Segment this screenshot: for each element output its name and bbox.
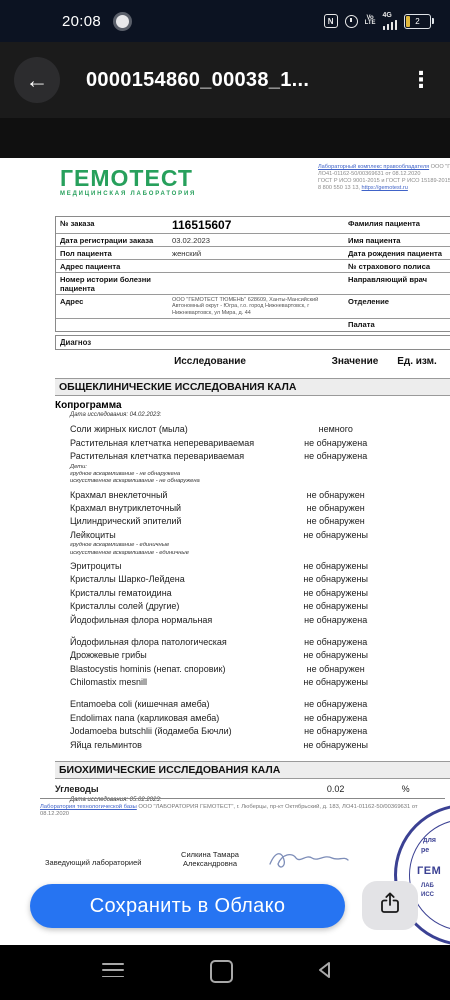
order-table-row: № заказа 116515607 Фамилия пациента Заха xyxy=(56,217,450,234)
result-row: Растительная клетчатка перевариваемая не… xyxy=(0,449,450,486)
result-row: Jodamoeba butschlii (йодамеба Бючли) не … xyxy=(0,725,450,738)
result-row: Кристаллы гематоидина не обнаружены xyxy=(0,586,450,599)
biochem-results-list: Углеводы 0.02 % xyxy=(0,782,450,795)
result-value: не обнаружена xyxy=(278,615,394,625)
result-name: Кристаллы Шарко-Лейдена xyxy=(70,574,278,584)
order-label-left: № заказа xyxy=(56,217,168,233)
result-name: Blastocystis hominis (непат. споровик) xyxy=(70,664,278,674)
battery-level: 2 xyxy=(415,17,419,26)
stamp-text-1: для xyxy=(423,837,436,844)
result-name: Эритроциты xyxy=(70,561,278,571)
network-type-label: 4G xyxy=(383,12,392,19)
order-label-right: Фамилия пациента xyxy=(344,217,450,233)
logo-subtitle: МЕДИЦИНСКАЯ ЛАБОРАТОРИЯ xyxy=(60,191,196,197)
document-title: 0000154860_00038_1... xyxy=(86,69,406,92)
result-row: Entamoeba coli (кишечная амеба) не обнар… xyxy=(0,698,450,711)
results-list: Соли жирных кислот (мыла) немного Растит… xyxy=(0,423,450,752)
order-label-left xyxy=(56,319,168,331)
order-label-right: Отделение xyxy=(344,295,450,318)
result-value: не обнаружена xyxy=(278,699,394,709)
stamp-text-3: ГЕМ xyxy=(417,865,441,877)
result-value: не обнаружена xyxy=(278,637,394,647)
result-value: не обнаружена xyxy=(278,726,394,736)
result-unit: % xyxy=(394,784,450,794)
order-label-left: Пол пациента xyxy=(56,247,168,259)
logo-text: ГЕМОТЕСТ xyxy=(60,166,196,190)
pdf-page: ГЕМОТЕСТ МЕДИЦИНСКАЯ ЛАБОРАТОРИЯ Лаборат… xyxy=(0,158,450,945)
result-row: Растительная клетчатка неперевариваемая … xyxy=(0,436,450,449)
footer-license: Лаборатория технологической базы ООО "ЛА… xyxy=(40,804,440,818)
order-table-row: Дата регистрации заказа 03.02.2023 Имя п… xyxy=(56,234,450,247)
overflow-menu-button[interactable]: ⋮ xyxy=(406,67,436,93)
result-value: не обнаружены xyxy=(278,530,394,540)
result-row: Крахмал внеклеточный не обнаружен xyxy=(0,488,450,501)
stamp-text-2: ре xyxy=(421,847,429,854)
result-row: Эритроциты не обнаружены xyxy=(0,559,450,572)
result-value: не обнаружен xyxy=(278,490,394,500)
result-row: Углеводы 0.02 % xyxy=(0,782,450,795)
result-row: Яйца гельминтов не обнаружены xyxy=(0,738,450,751)
lab-head-name: Силкина Тамара Александровна xyxy=(160,850,260,868)
android-nav-bar xyxy=(0,945,450,1000)
result-value: не обнаружены xyxy=(278,588,394,598)
result-value: не обнаружена xyxy=(278,451,394,461)
license-link[interactable]: Лабораторный комплекс правообладателя xyxy=(318,164,429,170)
result-row: Соли жирных кислот (мыла) немного xyxy=(0,423,450,436)
diagnosis-box: Диагноз xyxy=(55,335,450,350)
order-label-left: Адрес xyxy=(56,295,168,318)
order-value-left: женский xyxy=(168,247,344,259)
save-to-cloud-button[interactable]: Сохранить в Облако xyxy=(30,884,345,928)
order-label-left: Дата регистрации заказа xyxy=(56,234,168,246)
browser-icon xyxy=(113,12,132,31)
result-name: Йодофильная флора нормальная xyxy=(70,615,278,625)
result-row: Chilomastix mesnill не обнаружены xyxy=(0,675,450,688)
result-name: Соли жирных кислот (мыла) xyxy=(70,424,278,434)
app-header: ← 0000154860_00038_1... ⋮ xyxy=(0,42,450,118)
order-label-left: Адрес пациента xyxy=(56,260,168,272)
result-row: Кристаллы Шарко-Лейдена не обнаружены xyxy=(0,573,450,586)
order-table-row: Номер истории болезни пациента Направляю… xyxy=(56,273,450,295)
result-name: Углеводы xyxy=(55,784,278,794)
result-row: Крахмал внутриклеточный не обнаружен xyxy=(0,501,450,514)
order-table-row: Адрес пациента № страхового полиса xyxy=(56,260,450,273)
signal-icon: 4G xyxy=(383,12,398,30)
result-row: Blastocystis hominis (непат. споровик) н… xyxy=(0,662,450,675)
result-value: 0.02 xyxy=(278,784,394,794)
order-value-left xyxy=(168,260,344,272)
back-button[interactable]: ← xyxy=(14,57,60,103)
column-study: Исследование xyxy=(130,356,290,367)
back-arrow-icon: ← xyxy=(26,67,49,94)
clock: 20:08 xyxy=(62,13,101,30)
volte-bottom: LTE xyxy=(365,21,376,27)
result-value: немного xyxy=(278,424,394,434)
order-value-left xyxy=(168,273,344,294)
study-date-note-1: Дата исследования: 04.02.2023: xyxy=(70,411,450,420)
result-value: не обнаружена xyxy=(278,438,394,448)
nav-menu-button[interactable] xyxy=(102,963,124,982)
save-button-label: Сохранить в Облако xyxy=(90,895,286,918)
result-value: не обнаружены xyxy=(278,601,394,611)
nfc-icon: N xyxy=(324,14,338,28)
result-value: не обнаружены xyxy=(278,677,394,687)
result-row: Йодофильная флора нормальная не обнаруже… xyxy=(0,613,450,626)
result-row: Йодофильная флора патологическая не обна… xyxy=(0,635,450,648)
group-title-coprogram: Копрограмма xyxy=(55,400,450,411)
result-value: не обнаружены xyxy=(278,650,394,660)
result-row: Endolimax nana (карликовая амеба) не обн… xyxy=(0,711,450,724)
result-name: Растительная клетчатка перевариваемая xyxy=(70,451,278,461)
volte-icon: Vo LTE xyxy=(365,16,376,27)
battery-icon: 2 xyxy=(404,14,434,29)
license-line2: ЛО41-01162-50/00369631 от 08.12.2020 xyxy=(318,171,420,177)
order-label-right: Палата xyxy=(344,319,450,331)
result-name: Яйца гельминтов xyxy=(70,740,278,750)
order-value-left: 116515607 xyxy=(168,217,344,233)
result-value: не обнаружены xyxy=(278,574,394,584)
result-note: Дети: грудное вскармливание - не обнаруж… xyxy=(0,464,450,486)
result-name: Endolimax nana (карликовая амеба) xyxy=(70,713,278,723)
order-info-table: № заказа 116515607 Фамилия пациента Заха… xyxy=(55,216,450,332)
status-bar: 20:08 N Vo LTE 4G 2 xyxy=(0,0,450,42)
stamp-text-4: ЛАБ xyxy=(421,883,434,889)
gemotest-logo: ГЕМОТЕСТ МЕДИЦИНСКАЯ ЛАБОРАТОРИЯ xyxy=(60,166,196,208)
result-name: Крахмал внеклеточный xyxy=(70,490,278,500)
order-label-right: № страхового полиса xyxy=(344,260,450,272)
result-name: Дрожжевые грибы xyxy=(70,650,278,660)
order-label-right: Направляющий врач xyxy=(344,273,450,294)
result-value: не обнаружена xyxy=(278,713,394,723)
result-value: не обнаружены xyxy=(278,740,394,750)
result-name: Йодофильная флора патологическая xyxy=(70,637,278,647)
share-icon xyxy=(378,891,402,920)
order-table-row: Палата xyxy=(56,319,450,331)
results-column-header: Исследование Значение Ед. изм. xyxy=(0,356,450,368)
result-row: Кристаллы солей (другие) не обнаружены xyxy=(0,599,450,612)
result-name: Растительная клетчатка неперевариваемая xyxy=(70,438,278,448)
order-value-left: 03.02.2023 xyxy=(168,234,344,246)
result-name: Jodamoeba butschlii (йодамеба Бючли) xyxy=(70,726,278,736)
result-row: Дрожжевые грибы не обнаружены xyxy=(0,649,450,662)
order-table-row: Пол пациента женский Дата рождения пацие… xyxy=(56,247,450,260)
result-name: Цилиндрический эпителий xyxy=(70,516,278,526)
footer-divider xyxy=(40,798,445,799)
order-value-left: ООО "ГЕМОТЕСТ ТЮМЕНЬ" 628609, Ханты-Манс… xyxy=(168,295,344,318)
order-value-left xyxy=(168,319,344,331)
result-value: не обнаружены xyxy=(278,561,394,571)
footer-lab-link[interactable]: Лаборатория технологической базы xyxy=(40,804,137,810)
alarm-icon xyxy=(345,15,358,28)
result-row: Лейкоциты не обнаружены грудное вскармли… xyxy=(0,528,450,557)
section-title-biochem: БИОХИМИЧЕСКИЕ ИССЛЕДОВАНИЯ КАЛА xyxy=(55,761,450,779)
stamp-text-5: ИСС xyxy=(421,892,434,898)
result-row: Цилиндрический эпителий не обнаружен xyxy=(0,515,450,528)
license-block: Лабораторный комплекс правообладателя ОО… xyxy=(318,164,450,192)
section-title-general: ОБЩЕКЛИНИЧЕСКИЕ ИССЛЕДОВАНИЯ КАЛА xyxy=(55,378,450,396)
screen: 20:08 N Vo LTE 4G 2 ← 00001548 xyxy=(0,0,450,1000)
column-unit: Ед. изм. xyxy=(390,356,444,367)
license-line3: ГОСТ Р ИСО 9001-2015 и ГОСТ Р ИСО 15189-… xyxy=(318,178,450,184)
share-button[interactable] xyxy=(362,881,418,930)
nav-back-button[interactable] xyxy=(315,960,335,985)
order-table-row: Адрес ООО "ГЕМОТЕСТ ТЮМЕНЬ" 628609, Хант… xyxy=(56,295,450,319)
result-name: Entamoeba coli (кишечная амеба) xyxy=(70,699,278,709)
result-note: грудное вскармливание - единичные искусс… xyxy=(0,542,450,557)
result-value: не обнаружен xyxy=(278,503,394,513)
column-value: Значение xyxy=(322,356,388,367)
result-name: Лейкоциты xyxy=(70,530,278,540)
lab-head-label: Заведующий лабораторией xyxy=(45,858,141,867)
nav-home-button[interactable] xyxy=(210,960,233,983)
order-label-left: Номер истории болезни пациента xyxy=(56,273,168,294)
result-name: Кристаллы солей (другие) xyxy=(70,601,278,611)
website-link[interactable]: https://gemotest.ru xyxy=(362,185,408,191)
result-name: Кристаллы гематоидина xyxy=(70,588,278,598)
signal-bars-icon xyxy=(383,20,398,30)
license-line1-rest: ООО "Г xyxy=(429,164,450,170)
order-label-right: Дата рождения пациента xyxy=(344,247,450,259)
viewer-background xyxy=(0,118,450,158)
result-name: Chilomastix mesnill xyxy=(70,677,278,687)
three-dots-icon: ⋮ xyxy=(410,67,432,92)
order-label-right: Имя пациента xyxy=(344,234,450,246)
license-phone: 8 800 550 13 13, xyxy=(318,185,362,191)
result-value: не обнаружен xyxy=(278,516,394,526)
result-value: не обнаружен xyxy=(278,664,394,674)
signature xyxy=(268,846,350,877)
result-name: Крахмал внутриклеточный xyxy=(70,503,278,513)
